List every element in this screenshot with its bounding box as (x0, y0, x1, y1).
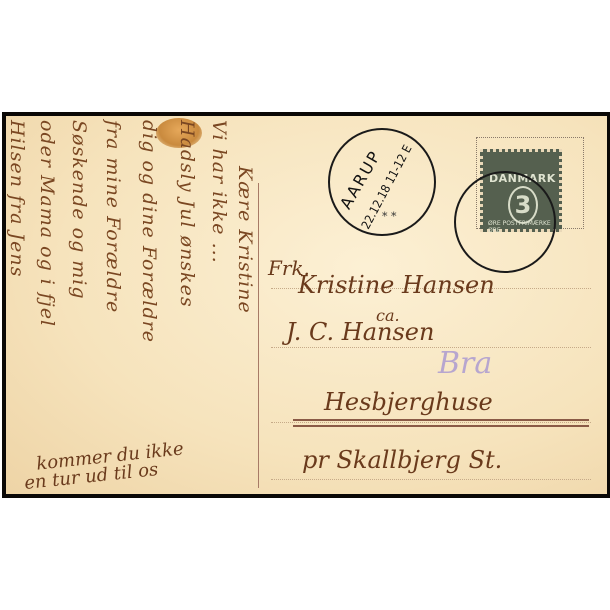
address-line-3: Hesbjerghuse (324, 388, 493, 416)
postmark-star-icon: * * (382, 210, 397, 223)
message-line: Vi har ikke ... (206, 120, 231, 264)
message-line: Hilsen fra Jens (6, 120, 29, 277)
message-line: Søskende og mig (66, 120, 91, 300)
pencil-note: Bra (438, 346, 492, 381)
divider-line (258, 183, 259, 488)
address-underline (293, 419, 589, 421)
postcard: Hilsen fra Jens oder Mama og i fjel Søsk… (6, 116, 607, 494)
address-underline (293, 425, 589, 427)
message-line: dig og dine Forældre (136, 120, 161, 343)
address-line-1: Kristine Hansen (298, 271, 495, 299)
postmark-aarup: AARUP 22.12.18 11-12 E * * (328, 128, 436, 236)
message-line: oder Mama og i fjel (34, 120, 59, 327)
address-line-4: pr Skallbjerg St. (302, 446, 502, 474)
postmark-cancel (454, 171, 556, 273)
address-line-2: J. C. Hansen (286, 318, 434, 346)
message-side-line: Kære Kristine (232, 166, 257, 314)
message-line: Hadsly Jul ønskes (174, 120, 199, 308)
message-line: fra mine Forældre (100, 120, 125, 313)
address-guide-line (271, 479, 591, 480)
address-guide-line (271, 347, 591, 348)
address-guide-line (271, 422, 591, 423)
